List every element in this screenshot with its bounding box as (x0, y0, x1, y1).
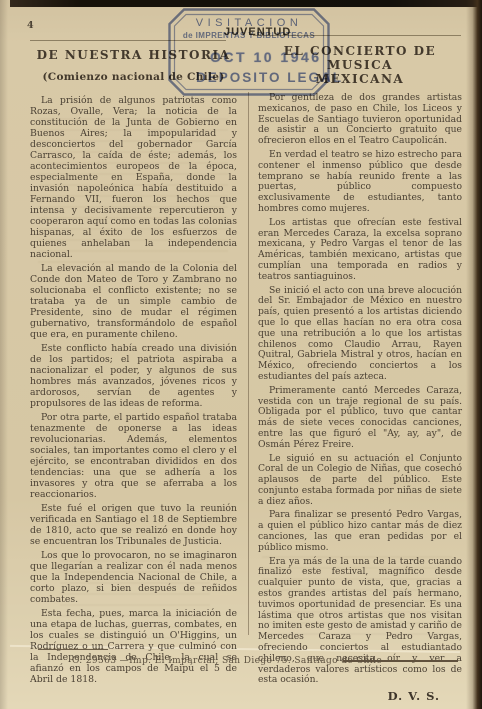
paragraph: Este conflicto había creado una división… (30, 343, 237, 409)
scan-top-edge (10, 0, 482, 7)
footer-rule-left (38, 649, 108, 650)
author-initials: D. V. S. (258, 689, 462, 703)
paragraph: En verdad el teatro se hizo estrecho par… (258, 150, 462, 215)
page-scan: 4 DE NUESTRA HISTORIA (Comienzo nacional… (0, 0, 482, 709)
stamp-text-juventud: JUVENTUD (224, 26, 291, 38)
paragraph: Los artistas que ofrecían este festival … (258, 218, 462, 283)
article-subtitle: (Comienzo nacional de Chile) (30, 71, 237, 83)
scan-left-edge (0, 0, 8, 709)
header-rule-left (30, 40, 226, 41)
stamp-text-visitacion: VISITACION (168, 17, 330, 29)
article-title-line2: MEXICANA (258, 72, 462, 86)
paragraph: Por otra parte, el partido español trata… (30, 412, 237, 500)
article-title-line1: EL CONCIERTO DE MUSICA (258, 44, 462, 72)
article-de-nuestra-historia: DE NUESTRA HISTORIA (Comienzo nacional d… (30, 48, 237, 688)
paragraph: La prisión de algunos patriotas como Roz… (30, 95, 237, 260)
printer-imprint: O. 29563 —Imp. El Imparcial, San Diego 7… (72, 656, 382, 666)
paragraph: Por gentileza de dos grandes artistas me… (258, 93, 462, 147)
column-divider (248, 92, 249, 635)
article-concierto-musica-mexicana: EL CONCIERTO DE MUSICA MEXICANA Por gent… (258, 44, 462, 703)
paragraph: La elevación al mando de la Colonia del … (30, 263, 237, 340)
article-title: DE NUESTRA HISTORIA (30, 48, 237, 62)
paragraph: Era ya más de la una de la tarde cuando … (258, 557, 462, 687)
page-number: 4 (27, 20, 34, 31)
paragraph: Le siguió en su actuación el Conjunto Co… (258, 454, 462, 508)
header-rule-right (253, 35, 461, 36)
paragraph: Se inició el acto con una breve alocució… (258, 286, 462, 383)
paragraph: Para finalizar se presentó Pedro Vargas,… (258, 510, 462, 553)
paragraph: Los que lo provocaron, no se imaginaron … (30, 550, 237, 605)
paragraph: Esta fecha, pues, marca la iniciación de… (30, 608, 237, 685)
scan-right-edge (466, 0, 482, 709)
article-title: EL CONCIERTO DE MUSICA MEXICANA (258, 44, 462, 86)
paragraph: Este fué el origen que tuvo la reunión v… (30, 503, 237, 547)
paragraph: Primeramente cantó Mercedes Caraza, vest… (258, 386, 462, 451)
